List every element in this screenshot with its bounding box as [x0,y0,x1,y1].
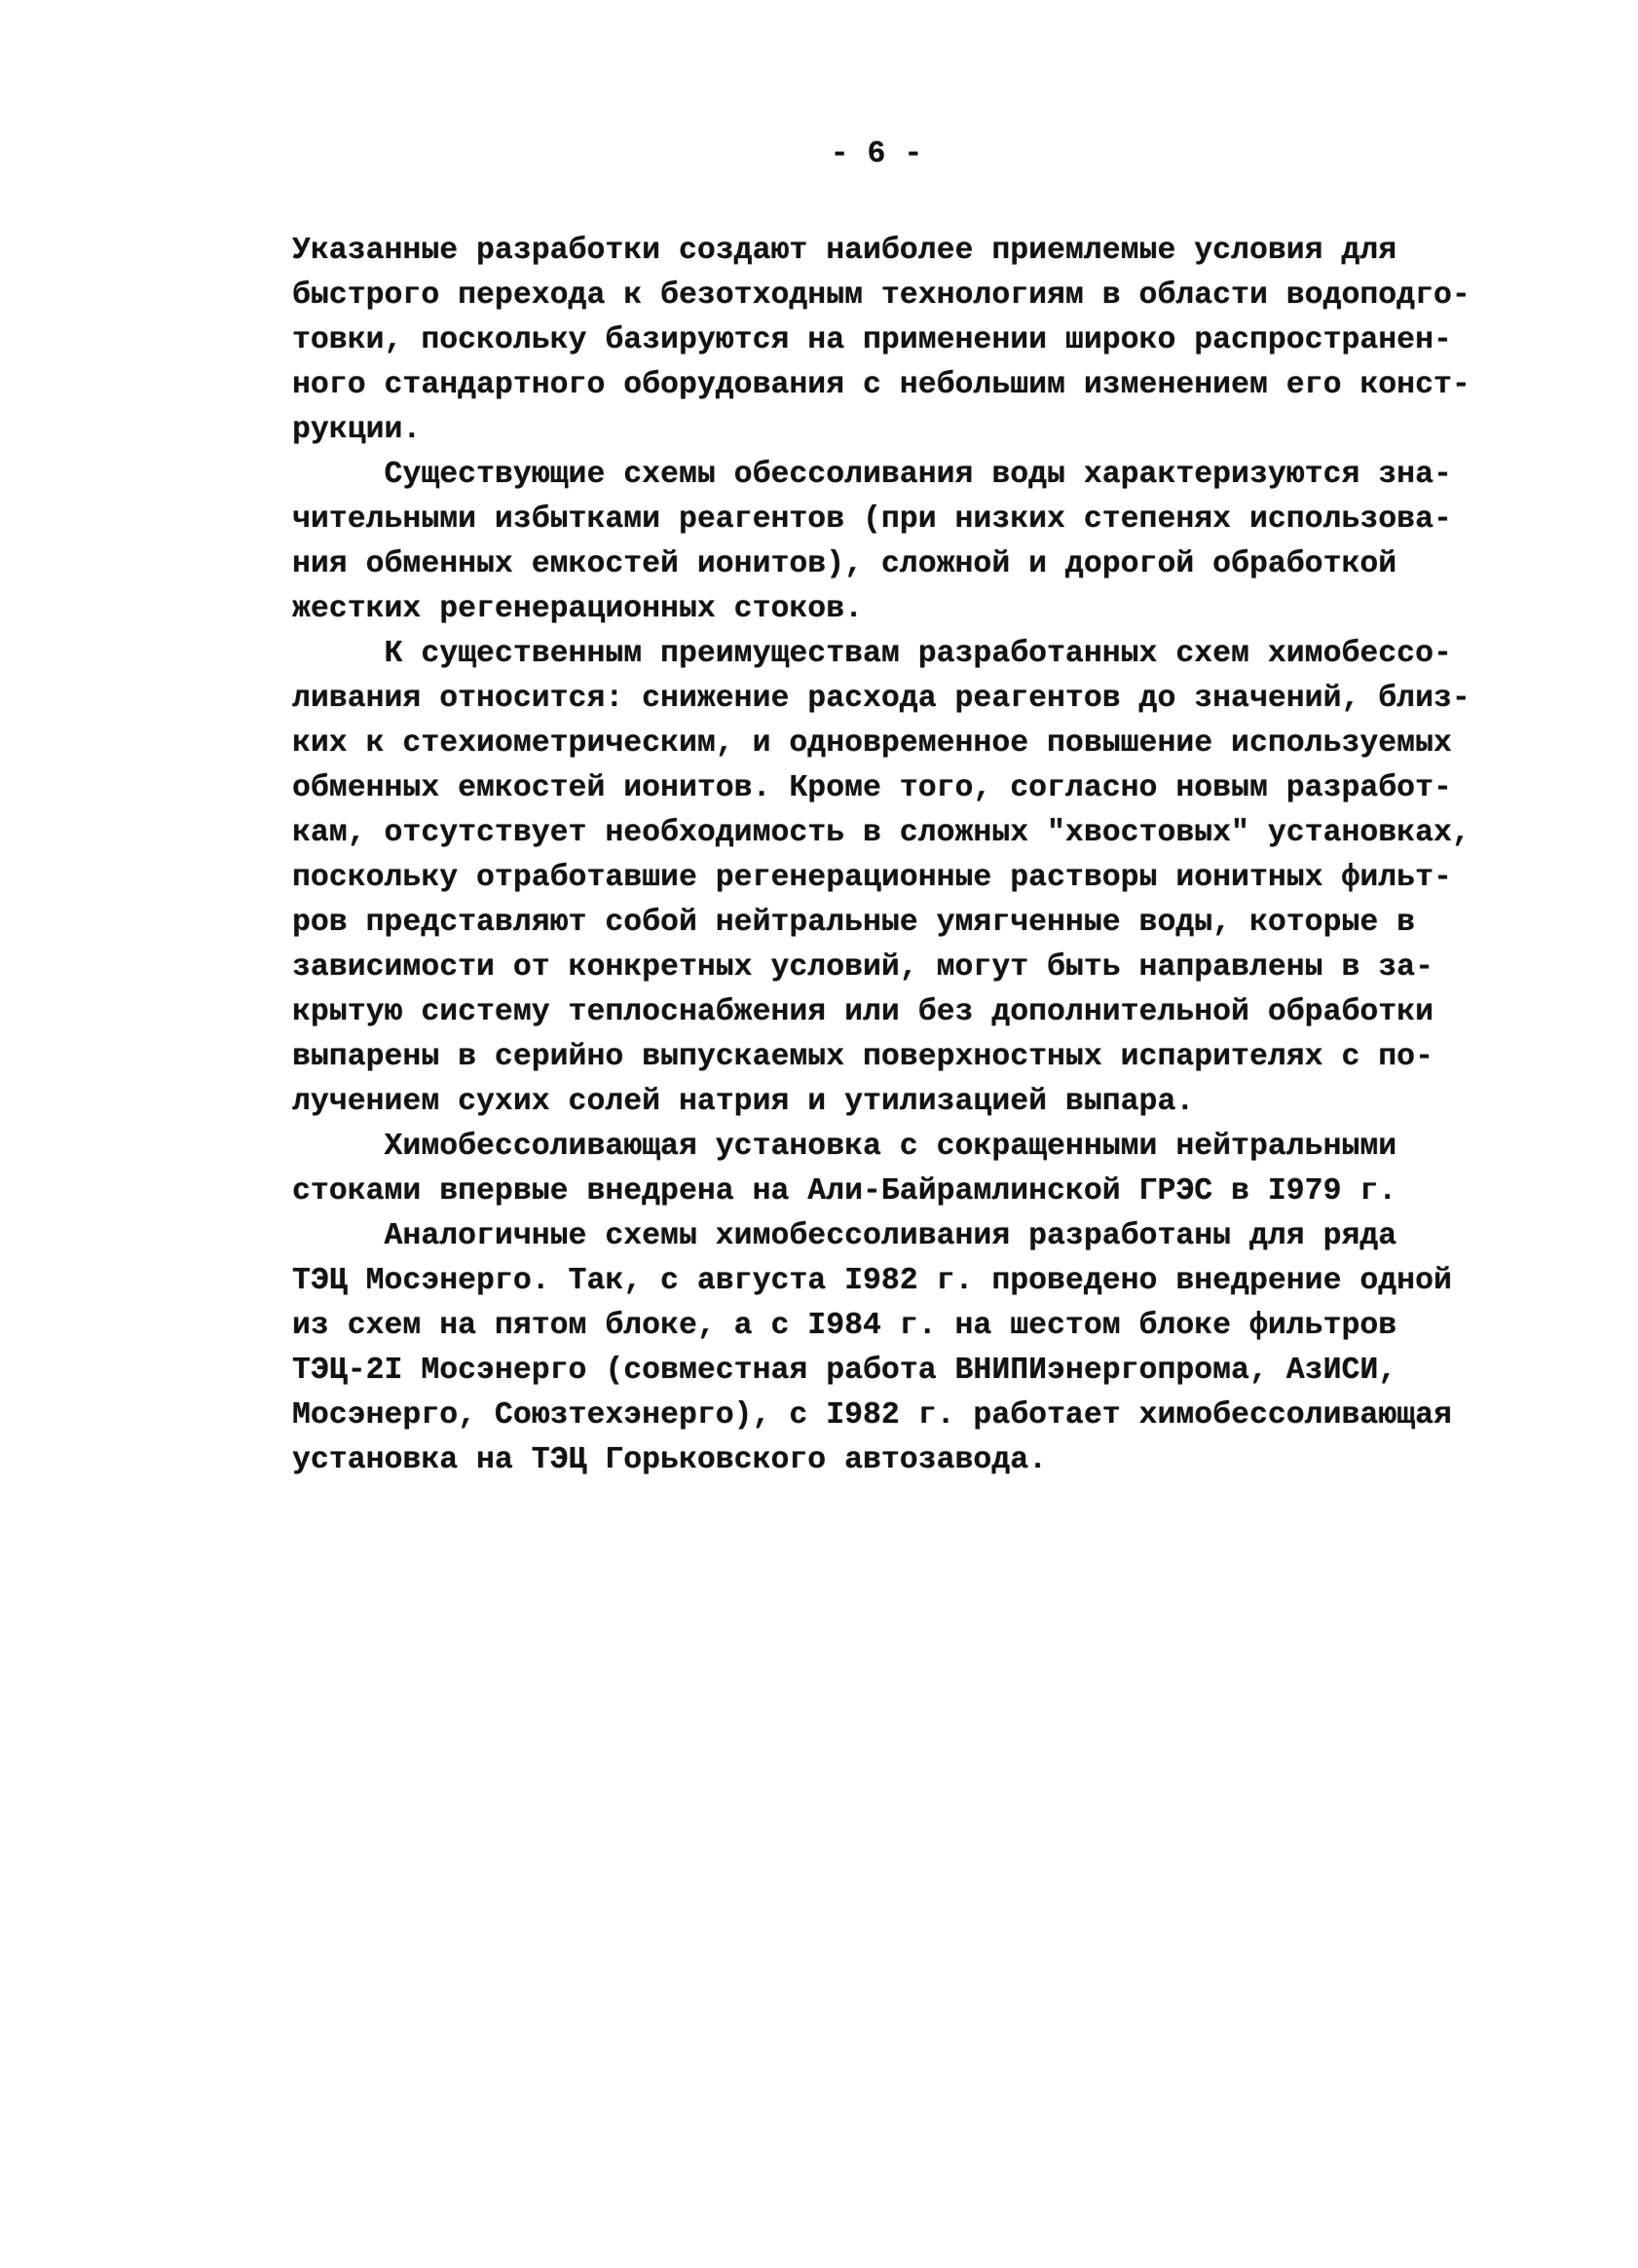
text-line: кам, отсутствует необходимость в сложных… [292,811,1519,856]
text-line: рукции. [292,408,1519,453]
text-line: К существенным преимуществам разработанн… [292,632,1519,677]
text-line: Аналогичные схемы химобессоливания разра… [292,1214,1519,1259]
text-line: лучением сухих солей натрия и утилизацие… [292,1080,1519,1125]
text-line: Химобессоливающая установка с сокращенны… [292,1125,1519,1170]
text-line: выпарены в серийно выпускаемых поверхнос… [292,1035,1519,1080]
text-line: ТЭЦ Мосэнерго. Так, с августа I982 г. пр… [292,1259,1519,1304]
text-line: ких к стехиометрическим, и одновременное… [292,722,1519,766]
scanned-document-page: - 6 - Указанные разработки создают наибо… [0,0,1638,2268]
text-line: из схем на пятом блоке, а с I984 г. на ш… [292,1304,1519,1349]
text-line: Существующие схемы обессоливания воды ха… [292,453,1519,498]
text-line: установка на ТЭЦ Горьковского автозавода… [292,1438,1519,1483]
text-line: быстрого перехода к безотходным технолог… [292,274,1519,318]
text-line: обменных емкостей ионитов. Кроме того, с… [292,766,1519,811]
text-line: ливания относится: снижение расхода реаг… [292,677,1519,722]
document-text-block: Указанные разработки создают наиболее пр… [292,229,1519,1483]
text-line: стоками впервые внедрена на Али-Байрамли… [292,1170,1519,1214]
text-line: крытую систему теплоснабжения или без до… [292,990,1519,1035]
text-line: Указанные разработки создают наиболее пр… [292,229,1519,274]
text-line: зависимости от конкретных условий, могут… [292,946,1519,990]
text-line: Мосэнерго, Союзтехэнерго), с I982 г. раб… [292,1394,1519,1438]
text-line: жестких регенерационных стоков. [292,587,1519,632]
text-line: товки, поскольку базируются на применени… [292,318,1519,363]
text-line: поскольку отработавшие регенерационные р… [292,856,1519,901]
text-line: ров представляют собой нейтральные умягч… [292,901,1519,946]
page-number: - 6 - [292,132,1461,177]
text-line: ТЭЦ-2I Мосэнерго (совместная работа ВНИП… [292,1349,1519,1394]
text-line: ного стандартного оборудования с небольш… [292,363,1519,408]
text-line: ния обменных емкостей ионитов), сложной … [292,542,1519,587]
text-line: чительными избытками реагентов (при низк… [292,498,1519,542]
